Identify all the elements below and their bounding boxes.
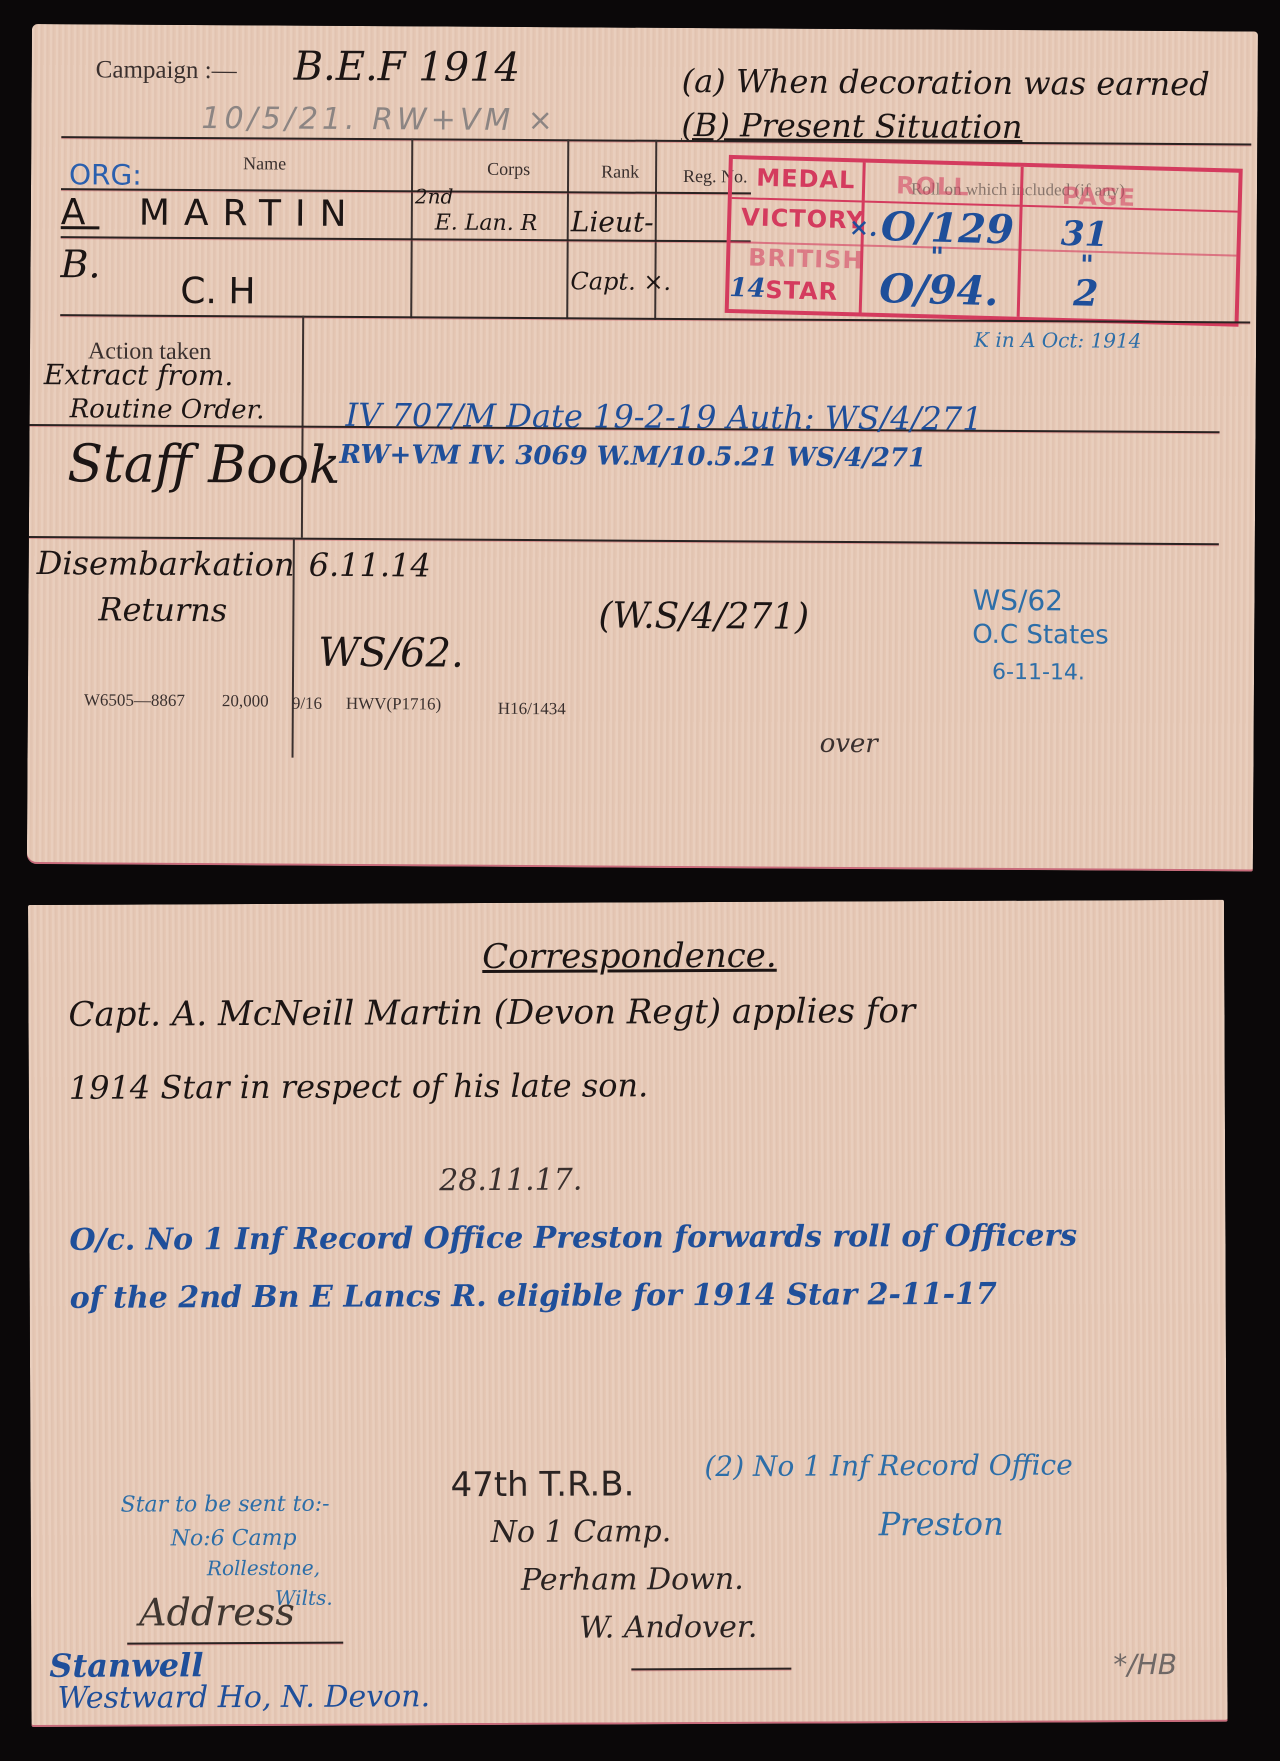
address-underline — [127, 1642, 343, 1644]
action-entry-1: IV 707/M Date 19-2-19 Auth: WS/4/271 — [346, 396, 983, 438]
disembark-label-2: Returns — [98, 590, 227, 629]
print-code-3: 9/16 — [292, 694, 322, 714]
print-code-2: 20,000 — [222, 691, 269, 711]
col-name: Name — [243, 153, 286, 174]
divider-name-corps — [410, 138, 413, 318]
oc-note-3: 6-11-14. — [992, 660, 1085, 686]
row-a-rank: Lieut- — [571, 205, 654, 239]
stamp-divider-2 — [1017, 167, 1024, 317]
action-entry-2: RW+VM IV. 3069 W.M/10.5.21 WS/4/271 — [339, 440, 926, 474]
correspondence-line-1: Capt. A. McNeill Martin (Devon Regt) app… — [68, 991, 915, 1035]
victory-roll: O/129 — [880, 203, 1014, 254]
addr-right-4: W. Andover. — [579, 1610, 757, 1646]
row-b-rank: Capt. ×. — [570, 267, 671, 296]
col-corps: Corps — [487, 159, 530, 180]
stamp-medal-star: STAR — [765, 276, 839, 306]
row-a-marker: A — [61, 192, 100, 233]
disembark-label-1: Disembarkation — [37, 544, 295, 584]
divider-corps-rank — [566, 139, 569, 319]
pencil-note: 10/5/21. RW+VM × — [201, 101, 557, 138]
divider-disembark — [29, 536, 1219, 545]
stamp-roll-header: ROLL — [896, 171, 970, 201]
correspondence-line-2: 1914 Star in respect of his late son. — [69, 1066, 649, 1107]
correspondence-date: 28.11.17. — [439, 1163, 582, 1199]
row-b-name: C. H — [180, 271, 255, 312]
star-sent-note-3: Rollestone, — [207, 1556, 320, 1580]
victory-page: 31 — [1060, 214, 1108, 255]
addr-right-blue-2: Preston — [879, 1505, 1004, 1544]
address-line-1: Stanwell — [49, 1646, 203, 1685]
addr-right-2: No 1 Camp. — [491, 1514, 672, 1550]
over-note: over — [820, 729, 878, 759]
kia-note: K in A Oct: 1914 — [974, 328, 1142, 353]
addr-right-blue-1: (2) No 1 Inf Record Office — [704, 1448, 1072, 1483]
addr-right-1: 47th T.R.B. — [450, 1464, 634, 1505]
print-code-4: HWV(P1716) — [346, 694, 442, 715]
medal-index-card-back: Correspondence. Capt. A. McNeill Martin … — [28, 900, 1228, 1727]
action-text-1: Extract from. — [44, 358, 234, 392]
star-sent-note-2: No:6 Camp — [171, 1526, 297, 1552]
disembark-ref: WS/62. — [318, 630, 464, 677]
stamp-page-header: PAGE — [1062, 182, 1137, 212]
campaign-value: B.E.F 1914 — [294, 44, 521, 91]
victory-annotation: ×. — [849, 212, 878, 242]
star-annotation: 14 — [729, 273, 766, 304]
blue-line-1: O/c. No 1 Inf Record Office Preston forw… — [69, 1218, 1077, 1257]
row-a-name: MARTIN — [139, 193, 361, 235]
medal-stamp: MEDAL ROLL PAGE VICTORY ×. O/129 31 BRIT… — [725, 155, 1243, 327]
medal-index-card-front: Campaign :— B.E.F 1914 10/5/21. RW+VM × … — [27, 24, 1258, 871]
address-label: Address — [139, 1590, 295, 1635]
addr-right-3: Perham Down. — [521, 1562, 744, 1598]
bracket-ref: (W.S/4/271) — [598, 595, 809, 637]
star-page: 2 — [1073, 272, 1099, 315]
stamp-medal-british: BRITISH — [748, 243, 864, 274]
correspondence-heading: Correspondence. — [482, 936, 777, 977]
row-a-corps-sup: 2nd — [415, 184, 454, 208]
star-sent-note-1: Star to be sent to:- — [121, 1492, 330, 1518]
print-code-5: H16/1434 — [498, 699, 566, 719]
star-roll: O/94. — [879, 265, 999, 315]
blue-line-2: of the 2nd Bn E Lancs R. eligible for 19… — [70, 1277, 997, 1316]
stamp-medal-victory: VICTORY — [741, 203, 865, 234]
disembark-date: 6.11.14 — [309, 546, 431, 585]
addr-underline — [631, 1668, 791, 1670]
address-line-2: Westward Ho, N. Devon. — [57, 1679, 430, 1716]
col-rank: Rank — [601, 161, 639, 182]
legend-a: (a) When decoration was earned — [682, 62, 1210, 103]
stamp-medal-header: MEDAL — [756, 164, 856, 195]
print-code-1: W6505—8867 — [84, 690, 185, 711]
corner-note: */HB — [1113, 1648, 1177, 1681]
oc-note-1: WS/62 — [972, 584, 1063, 618]
campaign-label: Campaign :— — [96, 56, 237, 85]
oc-note-2: O.C States — [972, 620, 1109, 651]
row-b-marker: B. — [60, 242, 100, 286]
action-text-3: Staff Book — [67, 434, 341, 496]
action-text-2: Routine Order. — [70, 394, 265, 425]
row-a-corps: E. Lan. R — [435, 210, 538, 236]
org-stamp: ORG: — [69, 158, 142, 191]
